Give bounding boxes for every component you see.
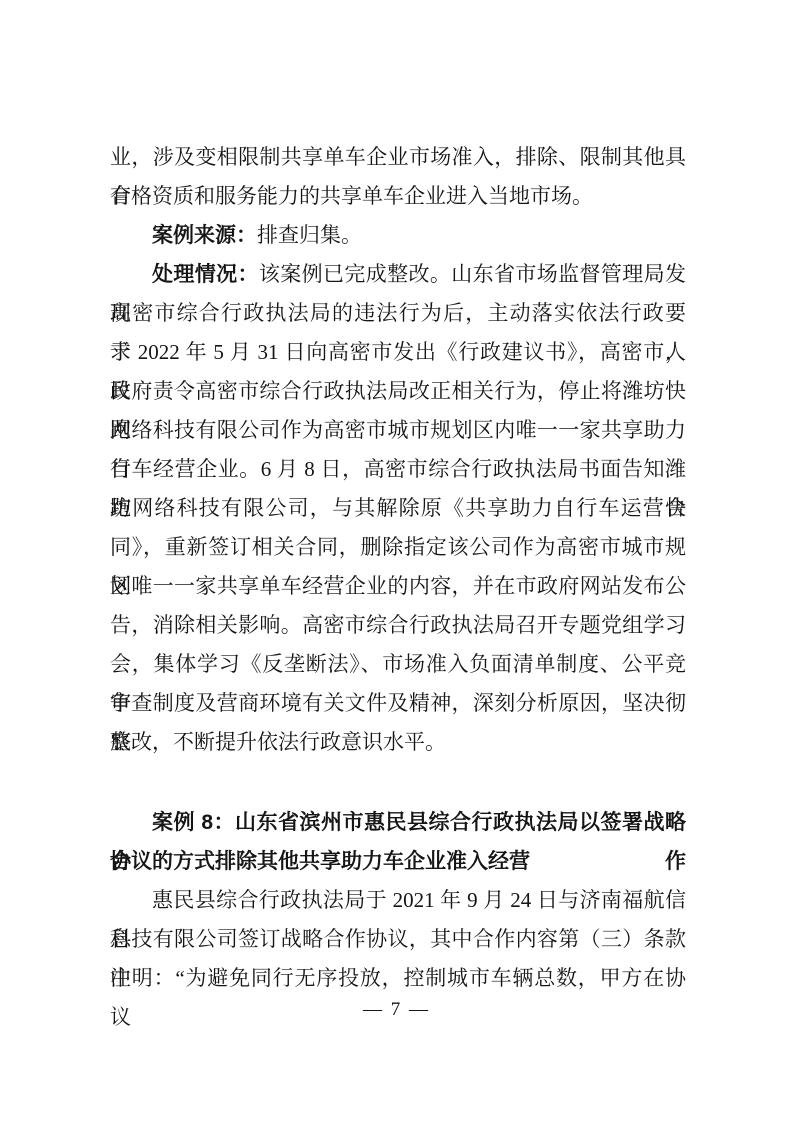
paragraph-handling: 处理情况：该案例已完成整改。山东省市场监督管理局发现 高密市综合行政执法局的违法… (110, 255, 686, 762)
text-line: 合格资质和服务能力的共享单车企业进入当地市场。 (110, 177, 686, 216)
text-line: 注明：“为避免同行无序投放，控制城市车辆总数，甲方在协议 (110, 959, 686, 998)
text-line: 于 2022 年 5 月 31 日向高密市发出《行政建议书》，高密市人民 (110, 333, 686, 372)
text-line: 同》，重新签订相关合同，删除指定该公司作为高密市城市规划 (110, 528, 686, 567)
text-line: 行车经营企业。6 月 8 日，高密市综合行政执法局书面告知潍坊快 (110, 450, 686, 489)
paragraph-case8: 惠民县综合行政执法局于 2021 年 9 月 24 日与济南福航信息 科技有限公… (110, 881, 686, 998)
text-line: 高密市综合行政执法局的违法行为后，主动落实依法行政要求， (110, 294, 686, 333)
case-source-label: 案例来源： (152, 224, 257, 247)
text-line: 科技有限公司签订战略合作协议，其中合作内容第（三）条款中 (110, 920, 686, 959)
paragraph-case-source: 案例来源：排查归集。 (110, 216, 686, 255)
text-line: 惠民县综合行政执法局于 2021 年 9 月 24 日与济南福航信息 (110, 881, 686, 920)
case-source-text: 排查归集。 (257, 223, 362, 247)
text-line: 处理情况：该案例已完成整改。山东省市场监督管理局发现 (110, 255, 686, 294)
text-line: 业，涉及变相限制共享单车企业市场准入，排除、限制其他具有 (110, 138, 686, 177)
text-line: 整改，不断提升依法行政意识水平。 (110, 723, 686, 762)
heading-line: 案例 8：山东省滨州市惠民县综合行政执法局以签署战略合作 (110, 803, 686, 842)
text-line: 网络科技有限公司作为高密市城市规划区内唯一一家共享助力自 (110, 411, 686, 450)
text-line: 审查制度及营商环境有关文件及精神，深刻分析原因，坚决彻底 (110, 684, 686, 723)
page-number: — 7 — (0, 996, 793, 1024)
text-line: 区唯一一家共享单车经营企业的内容，并在市政府网站发布公 (110, 567, 686, 606)
text-line: 跑网络科技有限公司，与其解除原《共享助力自行车运营合 (110, 489, 686, 528)
document-page: 业，涉及变相限制共享单车企业市场准入，排除、限制其他具有 合格资质和服务能力的共… (0, 0, 793, 1122)
text-line: 告，消除相关影响。高密市综合行政执法局召开专题党组学习 (110, 606, 686, 645)
text-line: 政府责令高密市综合行政执法局改正相关行为，停止将潍坊快跑 (110, 372, 686, 411)
text-line: 会，集体学习《反垄断法》、市场准入负面清单制度、公平竞争 (110, 645, 686, 684)
paragraph-continuation: 业，涉及变相限制共享单车企业市场准入，排除、限制其他具有 合格资质和服务能力的共… (110, 138, 686, 216)
case8-heading: 案例 8：山东省滨州市惠民县综合行政执法局以签署战略合作 协议的方式排除其他共享… (110, 803, 686, 881)
document-body: 业，涉及变相限制共享单车企业市场准入，排除、限制其他具有 合格资质和服务能力的共… (110, 138, 686, 998)
handling-label: 处理情况： (152, 263, 259, 286)
text-line: 案例来源：排查归集。 (110, 216, 686, 255)
